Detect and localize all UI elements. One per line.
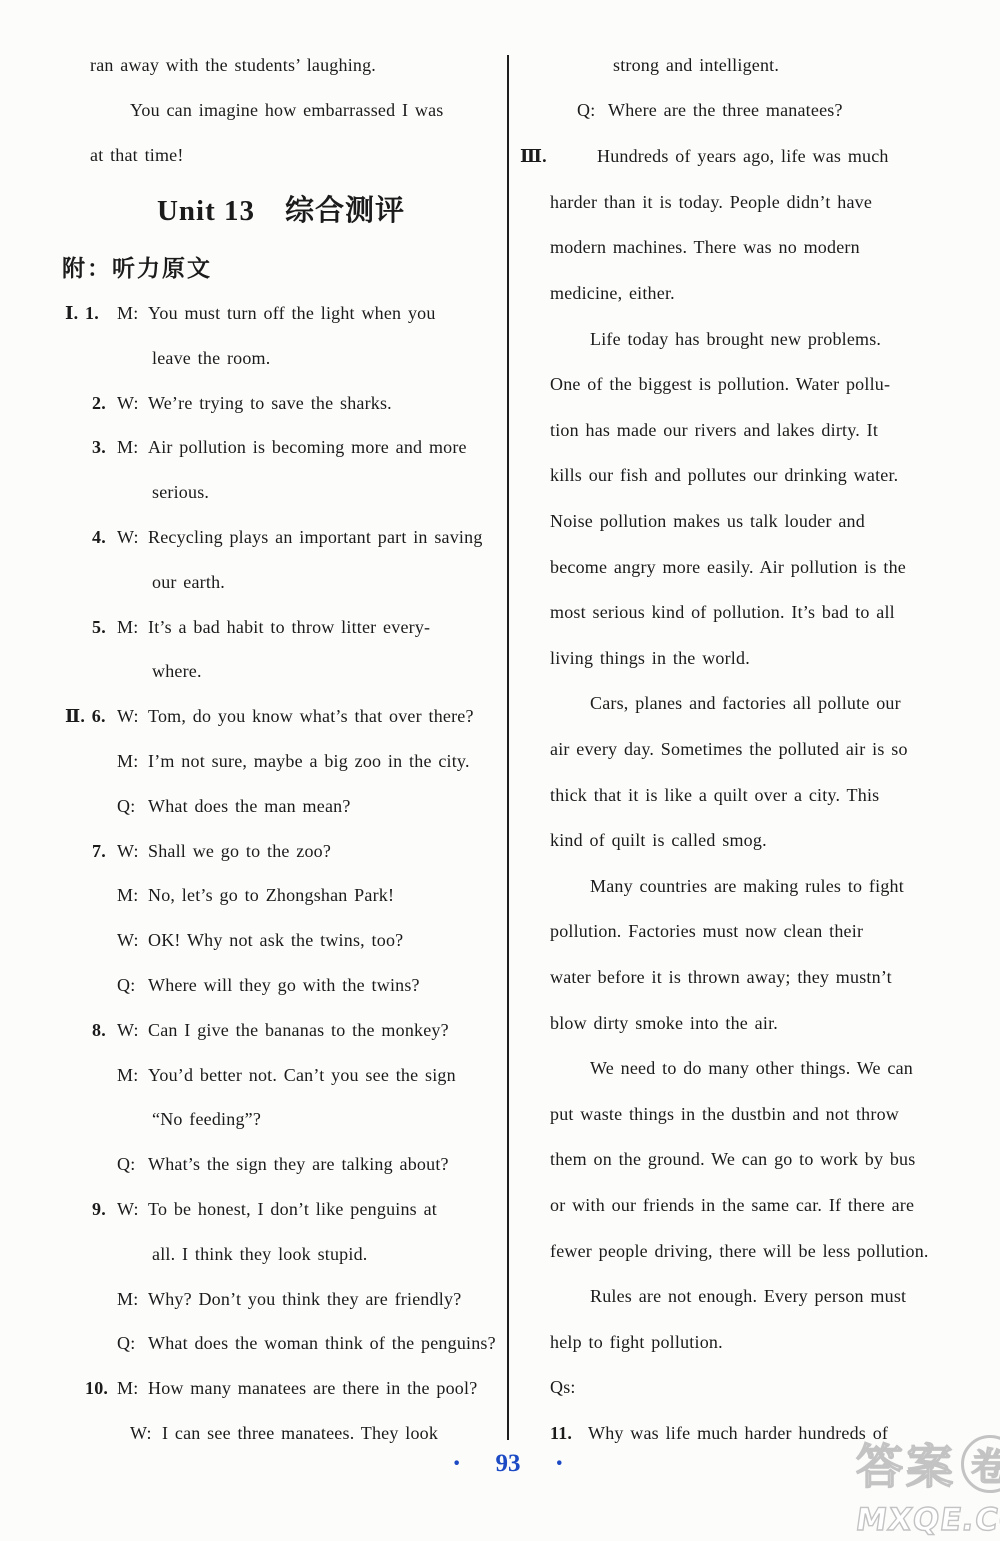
right-column-text-line: Life today has brought new problems. <box>0 326 1000 353</box>
right-column-text-line: Rules are not enough. Every person must <box>0 1283 1000 1310</box>
right-column-text-line: strong and intelligent. <box>0 52 1000 79</box>
line-text: strong and intelligent. <box>613 52 779 79</box>
watermark-brand-text: 答案 <box>856 1430 956 1497</box>
right-column-text-line: help to fight pollution. <box>0 1329 1000 1356</box>
line-text: blow dirty smoke into the air. <box>550 1010 778 1037</box>
right-column-text-line: 11.Why was life much harder hundreds of <box>0 1420 1000 1447</box>
right-column-text-line: blow dirty smoke into the air. <box>0 1010 1000 1037</box>
line-text: kills our fish and pollutes our drinking… <box>550 462 898 489</box>
line-text: We need to do many other things. We can <box>590 1055 913 1082</box>
right-column-text-line: air every day. Sometimes the polluted ai… <box>0 736 1000 763</box>
right-column-text-line: Noise pollution makes us talk louder and <box>0 508 1000 535</box>
line-text: harder than it is today. People didn’t h… <box>550 189 872 216</box>
right-column-text-line: medicine, either. <box>0 280 1000 307</box>
footer-dot: · <box>452 1454 461 1474</box>
line-text: Qs: <box>550 1374 576 1401</box>
line-text: Life today has brought new problems. <box>590 326 881 353</box>
item-number: Ⅲ. <box>520 143 547 170</box>
right-column-text-line: put waste things in the dustbin and not … <box>0 1101 1000 1128</box>
right-column-text-line: kills our fish and pollutes our drinking… <box>0 462 1000 489</box>
watermark-circle-badge: 卷 <box>961 1435 1000 1493</box>
page-footer: · 93 · <box>452 1450 564 1478</box>
right-column-text-line: harder than it is today. People didn’t h… <box>0 189 1000 216</box>
right-column-text-line: them on the ground. We can go to work by… <box>0 1146 1000 1173</box>
line-text: Where are the three manatees? <box>608 97 843 124</box>
right-column-text-line: Q:Where are the three manatees? <box>0 97 1000 124</box>
right-column-text-line: Many countries are making rules to fight <box>0 873 1000 900</box>
line-text: kind of quilt is called smog. <box>550 827 767 854</box>
line-text: put waste things in the dustbin and not … <box>550 1101 899 1128</box>
line-text: Why was life much harder hundreds of <box>588 1420 888 1447</box>
watermark-brand: 答案 卷 <box>856 1430 1000 1497</box>
line-text: become angry more easily. Air pollution … <box>550 554 906 581</box>
line-text: medicine, either. <box>550 280 675 307</box>
right-column-text-line: One of the biggest is pollution. Water p… <box>0 371 1000 398</box>
watermark: 答案 卷 MXQE.COM <box>856 1430 1000 1538</box>
page-number: 93 <box>496 1450 521 1478</box>
right-column-text-line: Qs: <box>0 1374 1000 1401</box>
line-text: them on the ground. We can go to work by… <box>550 1146 915 1173</box>
line-text: thick that it is like a quilt over a cit… <box>550 782 879 809</box>
line-text: modern machines. There was no modern <box>550 234 860 261</box>
right-column-text-line: become angry more easily. Air pollution … <box>0 554 1000 581</box>
right-column-text-line: pollution. Factories must now clean thei… <box>0 918 1000 945</box>
watermark-site-text: MXQE.COM <box>853 1502 1000 1538</box>
line-text: Many countries are making rules to fight <box>590 873 904 900</box>
right-column-text-line: tion has made our rivers and lakes dirty… <box>0 417 1000 444</box>
right-column-text-line: We need to do many other things. We can <box>0 1055 1000 1082</box>
right-column-text-line: living things in the world. <box>0 645 1000 672</box>
line-text: help to fight pollution. <box>550 1329 723 1356</box>
footer-dot: · <box>555 1454 564 1474</box>
page: Unit 13 综合测评 附：听力原文 ran away with the st… <box>0 0 1000 1541</box>
line-text: or with our friends in the same car. If … <box>550 1192 914 1219</box>
line-text: most serious kind of pollution. It’s bad… <box>550 599 895 626</box>
right-column-text-line: kind of quilt is called smog. <box>0 827 1000 854</box>
right-column-text-line: most serious kind of pollution. It’s bad… <box>0 599 1000 626</box>
right-column-text-line: or with our friends in the same car. If … <box>0 1192 1000 1219</box>
line-text: Noise pollution makes us talk louder and <box>550 508 865 535</box>
line-text: pollution. Factories must now clean thei… <box>550 918 863 945</box>
line-text: Rules are not enough. Every person must <box>590 1283 906 1310</box>
right-column-text-line: Cars, planes and factories all pollute o… <box>0 690 1000 717</box>
right-column-text-line: modern machines. There was no modern <box>0 234 1000 261</box>
line-text: living things in the world. <box>550 645 750 672</box>
line-text: water before it is thrown away; they mus… <box>550 964 892 991</box>
right-column-text-line: fewer people driving, there will be less… <box>0 1238 1000 1265</box>
line-text: Hundreds of years ago, life was much <box>597 143 889 170</box>
line-text: air every day. Sometimes the polluted ai… <box>550 736 908 763</box>
line-text: Cars, planes and factories all pollute o… <box>590 690 901 717</box>
line-text: fewer people driving, there will be less… <box>550 1238 929 1265</box>
right-column-text-line: water before it is thrown away; they mus… <box>0 964 1000 991</box>
line-text: Q: <box>577 97 595 124</box>
right-column-text-line: Ⅲ.Hundreds of years ago, life was much <box>0 143 1000 170</box>
line-text: One of the biggest is pollution. Water p… <box>550 371 890 398</box>
line-text: tion has made our rivers and lakes dirty… <box>550 417 878 444</box>
item-number: 11. <box>550 1420 572 1447</box>
right-column-text-line: thick that it is like a quilt over a cit… <box>0 782 1000 809</box>
